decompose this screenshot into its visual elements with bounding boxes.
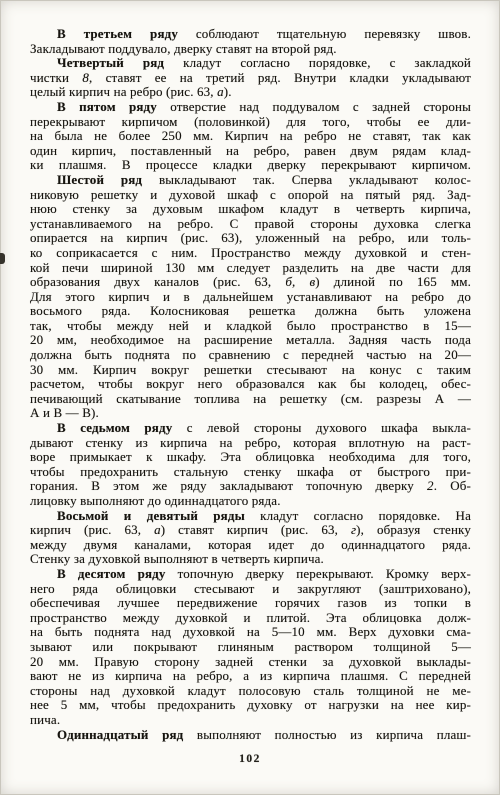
text-line: воре примыкает к шкафу. Эта облицовка не… — [30, 450, 471, 465]
text-line: расчетом, чтобы вокруг него образовался … — [30, 377, 471, 392]
text-line: целый кирпич на ребро (рис. 63, а). — [30, 85, 471, 100]
text-line: должна быть поднята по сравнению с перед… — [30, 348, 471, 363]
text-line: 20 мм, необходимое на расширение металла… — [30, 333, 471, 348]
text-line: горания. В этом же ряду закладывают топо… — [30, 479, 471, 494]
text-line: печивающий скатывание топлива на решетку… — [30, 392, 471, 407]
text-line: на быть поднята над духовкой на 5—10 мм.… — [30, 625, 471, 640]
text-line: Одиннадцатый ряд выполняют полностью из … — [30, 728, 471, 743]
text-line: А и В — В). — [30, 406, 471, 421]
text-line: 20 мм. Правую сторону задней стенки за д… — [30, 655, 471, 670]
text-line: Для этого кирпич и в дальнейшем устанавл… — [30, 290, 471, 305]
text-line: В седьмом ряду с левой стороны духового … — [30, 421, 471, 436]
paragraph: В третьем ряду соблюдают тщательную пере… — [30, 27, 471, 56]
paragraph: Четвертый ряд кладут согласно порядовке,… — [30, 56, 471, 100]
paragraph: Восьмой и девятый ряды кладут согласно п… — [30, 509, 471, 567]
text-line: обеспечивая лучшее передвижение горячих … — [30, 596, 471, 611]
scan-artifact-speck — [0, 253, 5, 264]
text-line: нее 5 мм, чтобы предохранить духовку от … — [30, 698, 471, 713]
text-line: пространство между духовкой и плитой. Эт… — [30, 611, 471, 626]
text-line: кирпич (рис. 63, а) ставят кирпич (рис. … — [30, 523, 471, 538]
text-line: Стенку за духовкой выполняют в четверть … — [30, 552, 471, 567]
paragraph: В десятом ряду топочную дверку перекрыва… — [30, 567, 471, 728]
text-line: опирается на кирпич (рис. 63), уложенный… — [30, 231, 471, 246]
paragraph: Одиннадцатый ряд выполняют полностью из … — [30, 728, 471, 743]
text-line: ко соприкасается с ним. Пространство меж… — [30, 246, 471, 261]
text-block: В третьем ряду соблюдают тщательную пере… — [30, 27, 471, 742]
text-line: устанавливаемого на ребро. С правой стор… — [30, 217, 471, 232]
text-line: стороны над духовкой кладут полосовую ст… — [30, 684, 471, 699]
page-number: 102 — [0, 753, 500, 765]
scanned-book-page: В третьем ряду соблюдают тщательную пере… — [0, 0, 500, 795]
text-line: на была не более 250 мм. Кирпич на ребро… — [30, 129, 471, 144]
text-line: образования двух каналов (рис. 63, б, в)… — [30, 275, 471, 290]
text-line: 30 мм. Кирпич вокруг решетки стесывают н… — [30, 363, 471, 378]
text-line: Четвертый ряд кладут согласно порядовке,… — [30, 56, 471, 71]
text-line: перекрывают кирпичом (половинкой) для то… — [30, 115, 471, 130]
text-line: вают не из кирпича на ребро, а из кирпич… — [30, 669, 471, 684]
text-line: В пятом ряду отверстие над поддувалом с … — [30, 100, 471, 115]
text-line: него ряда облицовки стесывают и закругля… — [30, 582, 471, 597]
text-line: никовую решетку и духовой шкаф с опорой … — [30, 188, 471, 203]
text-line: кой печи шириной 130 мм следует разделит… — [30, 261, 471, 276]
text-line: лицовку выполняют до одиннадцатого ряда. — [30, 494, 471, 509]
text-line: Закладывают поддувало, дверку ставят на … — [30, 42, 471, 57]
text-line: Шестой ряд выкладывают так. Сперва уклад… — [30, 173, 471, 188]
text-line: дывают стенку из кирпича на ребро, котор… — [30, 436, 471, 451]
text-line: один кирпич, поставленный на ребро, раве… — [30, 144, 471, 159]
text-line: Восьмой и девятый ряды кладут согласно п… — [30, 509, 471, 524]
text-line: так, чтобы между ней и кладкой было прос… — [30, 319, 471, 334]
text-line: чистки 8, ставят ее на третий ряд. Внутр… — [30, 71, 471, 86]
text-line: нюю стенку за духовым шкафом кладут в че… — [30, 202, 471, 217]
text-line: В третьем ряду соблюдают тщательную пере… — [30, 27, 471, 42]
paragraph: Шестой ряд выкладывают так. Сперва уклад… — [30, 173, 471, 421]
text-line: зывают или покрывают глиняным раствором … — [30, 640, 471, 655]
text-line: чтобы предохранить стальную стенку шкафа… — [30, 465, 471, 480]
text-line: между двумя каналами, которая идет до од… — [30, 538, 471, 553]
text-line: пича. — [30, 713, 471, 728]
text-line: восьмого ряда. Колосниковая решетка долж… — [30, 304, 471, 319]
paragraph: В пятом ряду отверстие над поддувалом с … — [30, 100, 471, 173]
text-line: ки плашмя. В процессе кладки дверку пере… — [30, 158, 471, 173]
text-line: В десятом ряду топочную дверку перекрыва… — [30, 567, 471, 582]
paragraph: В седьмом ряду с левой стороны духового … — [30, 421, 471, 509]
